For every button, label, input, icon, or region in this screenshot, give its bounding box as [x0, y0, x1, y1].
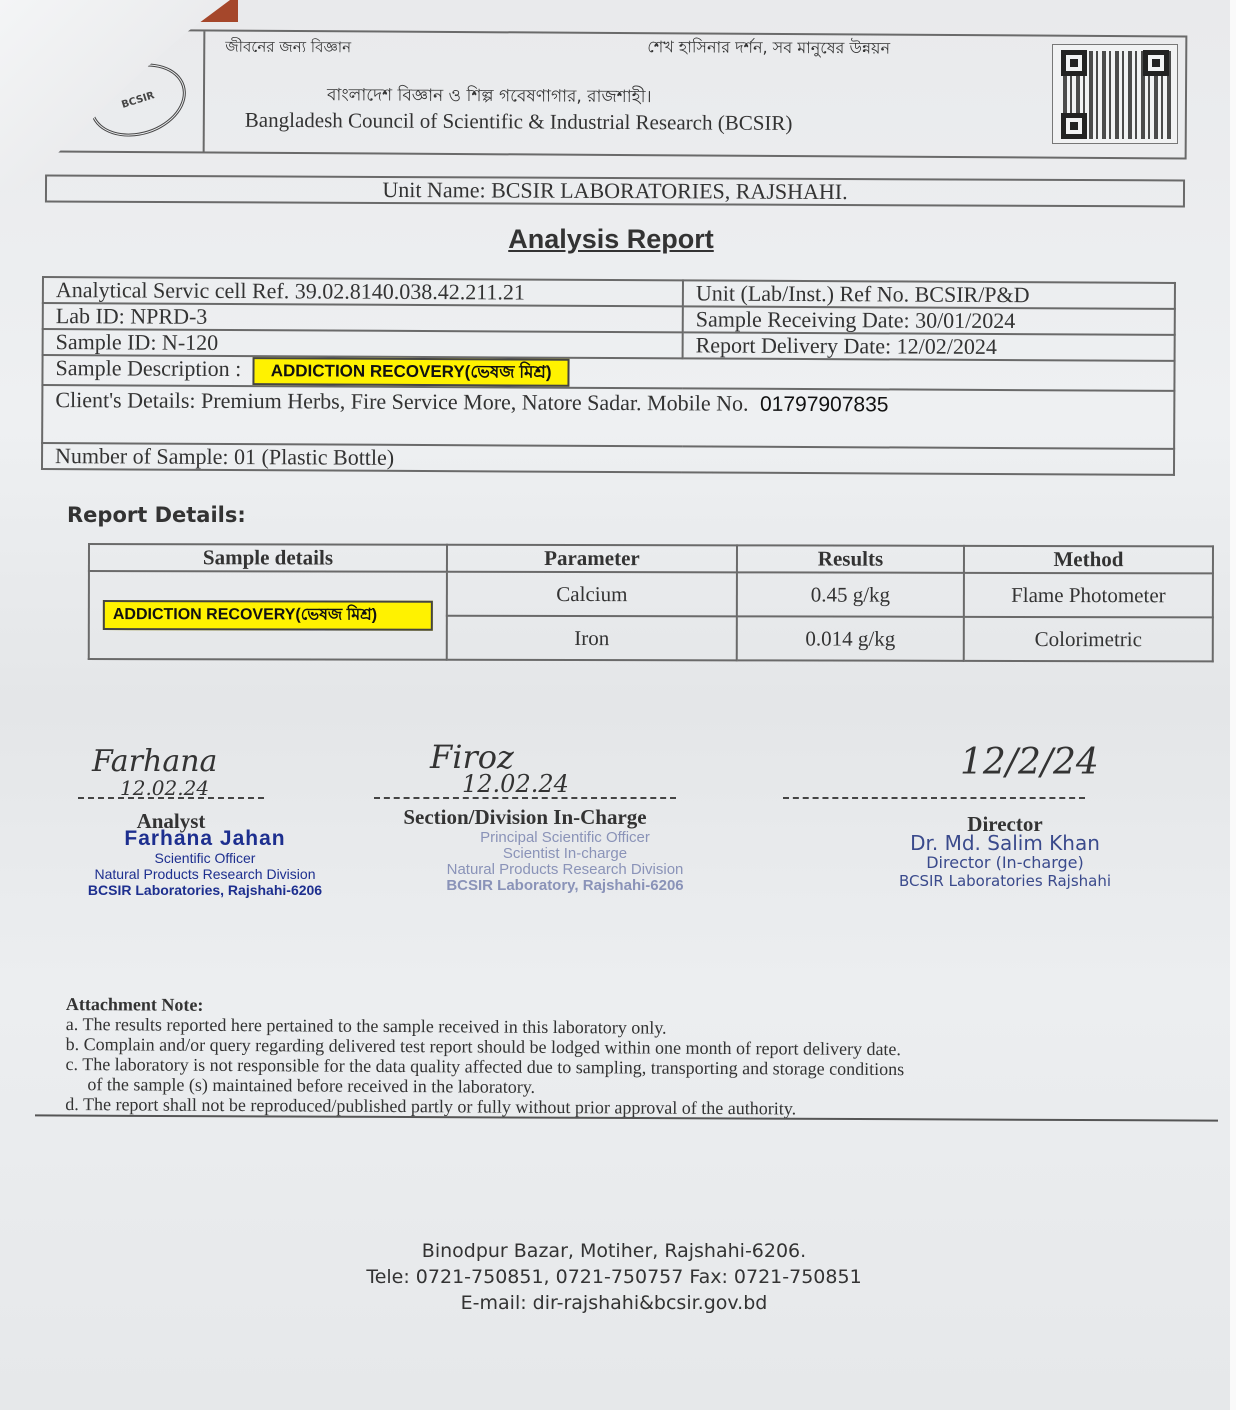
qr-code-icon	[1052, 44, 1178, 144]
parameter-cell: Iron	[447, 616, 737, 661]
section-org: BCSIR Laboratory, Rajshahi-6206	[400, 878, 730, 894]
column-header: Parameter	[447, 545, 737, 573]
section-title: Principal Scientific Officer	[400, 830, 730, 846]
analyst-stamp: Farhana Jahan Scientific Officer Natural…	[70, 828, 340, 898]
client-details: Client's Details: Premium Herbs, Fire Se…	[42, 385, 1174, 449]
section-incharge-role: Section/Division In-Charge	[374, 805, 676, 830]
footer-phone: Tele: 0721-750851, 0721-750757 Fax: 0721…	[0, 1264, 1228, 1290]
footer-email: E-mail: dir-rajshahi&bcsir.gov.bd	[0, 1290, 1228, 1316]
report-title: Analysis Report	[0, 224, 1222, 255]
analyst-org: BCSIR Laboratories, Rajshahi-6206	[70, 882, 340, 898]
column-header: Results	[737, 545, 964, 572]
unit-ref: Unit (Lab/Inst.) Ref No. BCSIR/P&D	[683, 280, 1175, 309]
section-stamp: Principal Scientific Officer Scientist I…	[400, 830, 730, 894]
slogan-right: শেখ হাসিনার দর্শন, সব মানুষের উন্নয়ন	[647, 34, 890, 62]
unit-name: Unit Name: BCSIR LABORATORIES, RAJSHAHI.	[45, 175, 1185, 208]
director-name: Dr. Md. Salim Khan	[870, 832, 1140, 854]
sample-name-highlight: ADDICTION RECOVERY(ভেষজ মিশ্র)	[103, 600, 433, 631]
number-of-samples: Number of Sample: 01 (Plastic Bottle)	[42, 443, 1174, 475]
column-header: Sample details	[89, 544, 447, 572]
sample-id: Sample ID: N-120	[43, 329, 683, 358]
qr-finder	[1061, 50, 1087, 76]
parameter-cell: Calcium	[447, 572, 737, 617]
director-org: BCSIR Laboratories Rajshahi	[870, 872, 1140, 890]
report-info-table: Analytical Servic cell Ref. 39.02.8140.0…	[41, 276, 1176, 476]
service-ref: Analytical Servic cell Ref. 39.02.8140.0…	[43, 277, 683, 306]
analyst-title: Scientific Officer	[70, 850, 340, 866]
info-row: Number of Sample: 01 (Plastic Bottle)	[42, 443, 1174, 475]
analyst-division: Natural Products Research Division	[70, 866, 340, 882]
receiving-date: Sample Receiving Date: 30/01/2024	[683, 306, 1175, 335]
qr-finder	[1143, 50, 1169, 76]
director-signature: 12/2/24	[960, 742, 1099, 783]
page-edge	[1230, 0, 1236, 1410]
director-stamp: Director Dr. Md. Salim Khan Director (In…	[870, 810, 1140, 890]
result-cell: 0.45 g/kg	[737, 572, 964, 616]
qr-finder	[1061, 113, 1087, 139]
sample-details-cell: ADDICTION RECOVERY(ভেষজ মিশ্র)	[89, 571, 447, 660]
director-role: Director	[870, 816, 1140, 832]
slogan-left: জীবনের জন্য বিজ্ঞান	[225, 36, 351, 62]
letterhead: BCSIR জীবনের জন্য বিজ্ঞান শেখ হাসিনার দর…	[55, 29, 1188, 160]
section-signature-date: 12.02.24	[462, 770, 569, 798]
client-details-text: Client's Details: Premium Herbs, Fire Se…	[55, 387, 748, 416]
analyst-signature: Farhana	[92, 744, 217, 779]
signature-line	[374, 797, 676, 799]
method-cell: Colorimetric	[964, 617, 1213, 662]
method-cell: Flame Photometer	[964, 573, 1213, 618]
seal-label: BCSIR	[120, 90, 156, 111]
table-row: ADDICTION RECOVERY(ভেষজ মিশ্র) Calcium 0…	[89, 571, 1213, 617]
report-details-heading: Report Details:	[67, 503, 246, 527]
director-block	[783, 797, 1085, 799]
client-mobile: 01797907835	[760, 393, 889, 417]
sample-description-highlight: ADDICTION RECOVERY(ভেষজ মিশ্র)	[253, 357, 570, 387]
info-row: Client's Details: Premium Herbs, Fire Se…	[42, 385, 1174, 449]
org-name-english: Bangladesh Council of Scientific & Indus…	[245, 108, 793, 136]
footer-contact: Binodpur Bazar, Motiher, Rajshahi-6206. …	[0, 1238, 1228, 1316]
signature-line	[78, 797, 264, 799]
section-division: Natural Products Research Division	[400, 862, 730, 878]
result-cell: 0.014 g/kg	[737, 616, 964, 660]
sample-description-label: Sample Description :	[55, 355, 241, 381]
attachment-notes: Attachment Note: a. The results reported…	[65, 994, 1186, 1121]
section-subtitle: Scientist In-charge	[400, 846, 730, 862]
section-incharge-block: Section/Division In-Charge	[374, 797, 676, 830]
delivery-date: Report Delivery Date: 12/02/2024	[683, 332, 1175, 361]
results-table: Sample details Parameter Results Method …	[88, 543, 1214, 662]
column-header: Method	[964, 546, 1213, 574]
footer-address: Binodpur Bazar, Motiher, Rajshahi-6206.	[0, 1238, 1228, 1264]
signature-line	[783, 797, 1085, 799]
lab-id: Lab ID: NPRD-3	[43, 303, 683, 332]
director-title: Director (In-charge)	[870, 854, 1140, 872]
results-header-row: Sample details Parameter Results Method	[89, 544, 1213, 573]
analyst-name: Farhana Jahan	[70, 828, 340, 850]
